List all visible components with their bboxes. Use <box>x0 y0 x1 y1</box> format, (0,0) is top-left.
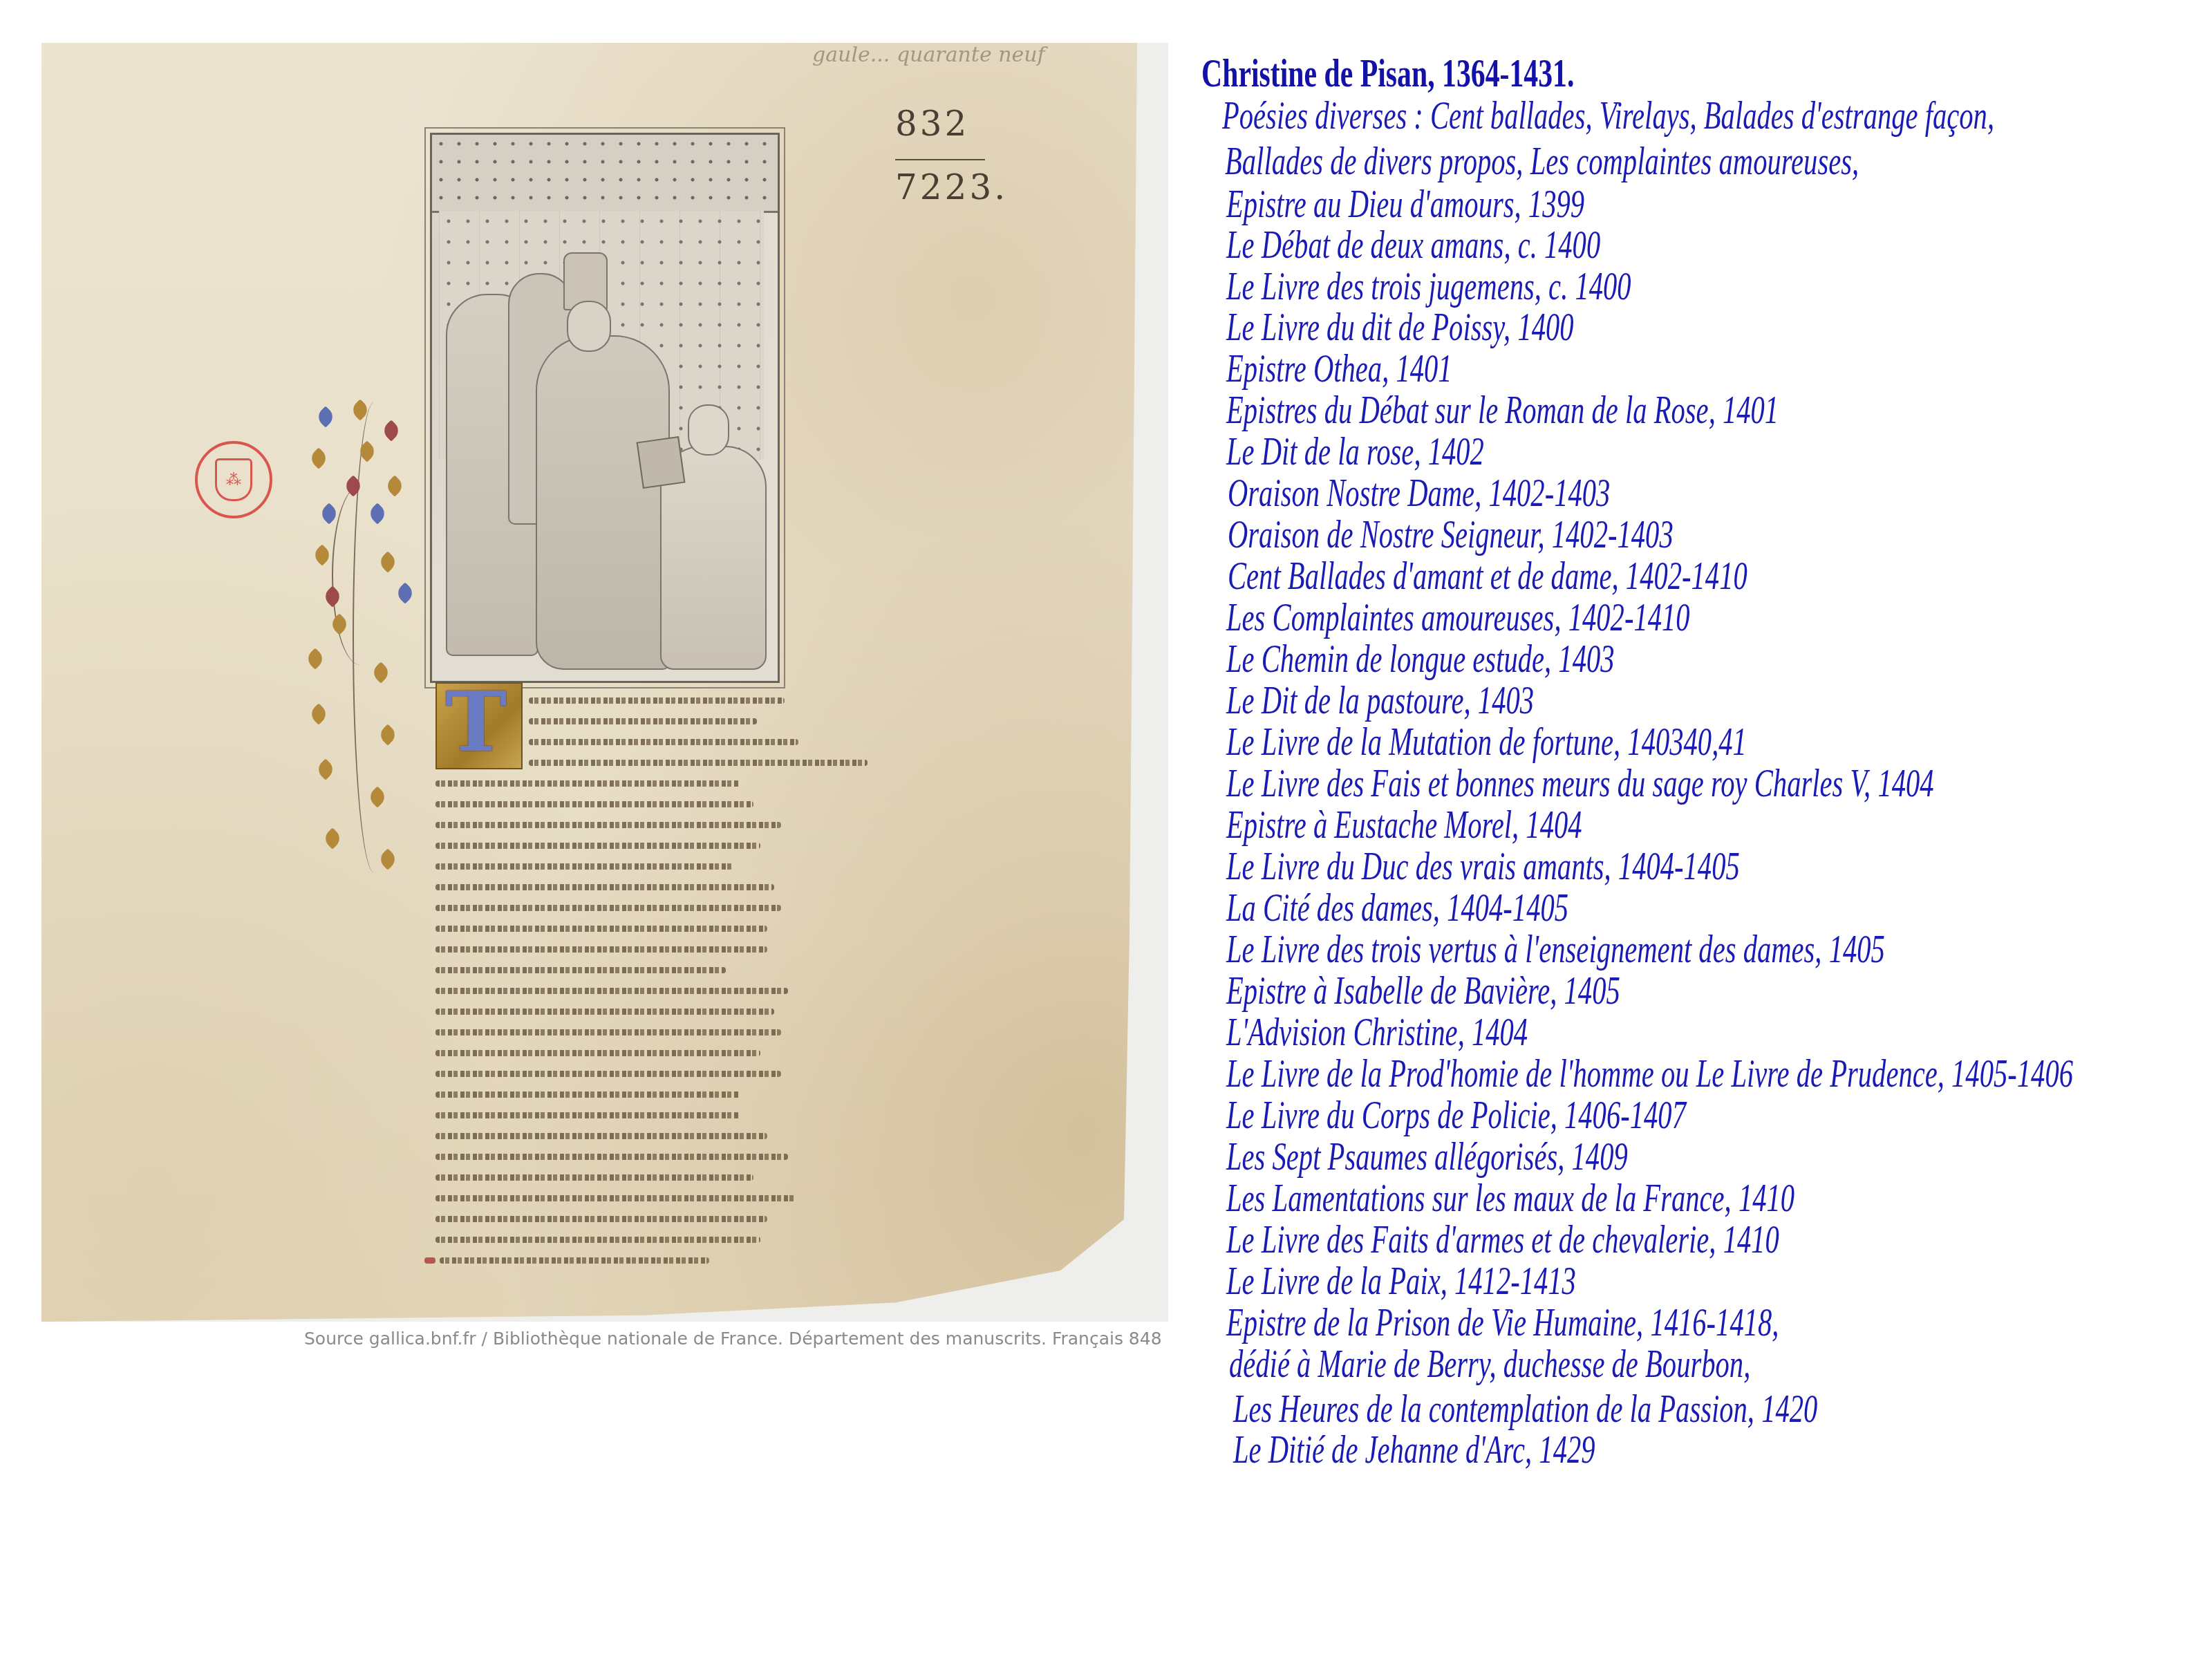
work-item: Le Livre du Duc des vrais amants, 1404-1… <box>1226 845 1740 887</box>
work-item: Les Sept Psaumes allégorisés, 1409 <box>1226 1136 1628 1177</box>
seated-duke <box>536 335 670 670</box>
duke-head <box>567 301 611 352</box>
work-item: Le Livre des Faits d'armes et de chevale… <box>1226 1219 1779 1260</box>
fleur-de-lis-canopy <box>432 135 778 213</box>
work-item: Le Livre des trois vertus à l'enseigneme… <box>1226 928 1885 970</box>
shelfmark-rule <box>895 159 985 160</box>
shelfmark-number-bottom: 7223. <box>895 167 1008 207</box>
book-icon <box>637 436 686 489</box>
image-source-caption: Source gallica.bnf.fr / Bibliothèque nat… <box>304 1329 1168 1349</box>
work-item: Le Livre des Fais et bonnes meurs du sag… <box>1226 762 1934 804</box>
floral-vine-border <box>304 402 435 879</box>
shelfmark-number-top: 832 <box>895 104 969 144</box>
miniature-illustration <box>430 133 780 683</box>
works-list: Christine de Pisan, 1364-1431. Poésies d… <box>1201 53 2204 94</box>
work-item: L'Advision Christine, 1404 <box>1226 1011 1528 1053</box>
work-item: Le Livre du Corps de Policie, 1406-1407 <box>1226 1094 1686 1136</box>
work-item: Epistres du Débat sur le Roman de la Ros… <box>1226 389 1779 431</box>
margin-note: gaule... quarante neuf <box>812 43 1045 67</box>
work-item: Cent Ballades d'amant et de dame, 1402-1… <box>1228 555 1747 597</box>
manuscript-image: gaule... quarante neuf 832 7223. ⁂ <box>41 43 1168 1322</box>
author-heading: Christine de Pisan, 1364-1431. <box>1201 53 1923 94</box>
work-item: dédié à Marie de Berry, duchesse de Bour… <box>1229 1343 1750 1385</box>
work-item: Le Chemin de longue estude, 1403 <box>1226 638 1615 679</box>
work-item: La Cité des dames, 1404-1405 <box>1226 887 1568 928</box>
work-item: Le Dit de la pastoure, 1403 <box>1226 679 1534 721</box>
work-item: Le Dit de la rose, 1402 <box>1226 431 1484 472</box>
library-stamp-icon: ⁂ <box>195 441 272 518</box>
work-item: Les Heures de la contemplation de la Pas… <box>1233 1388 1817 1430</box>
work-item: Epistre de la Prison de Vie Humaine, 141… <box>1226 1302 1779 1343</box>
work-item: Poésies diverses : Cent ballades, Virela… <box>1222 95 1994 136</box>
work-item: Le Livre de la Paix, 1412-1413 <box>1226 1260 1576 1302</box>
stamp-shield-icon: ⁂ <box>215 458 252 501</box>
parchment-page: gaule... quarante neuf 832 7223. ⁂ <box>41 43 1137 1322</box>
work-item: Ballades de divers propos, Les complaint… <box>1225 140 1859 182</box>
christine-head <box>688 404 729 456</box>
work-item: Les Complaintes amoureuses, 1402-1410 <box>1226 597 1690 638</box>
work-item: Le Ditié de Jehanne d'Arc, 1429 <box>1233 1429 1595 1470</box>
work-item: Le Livre des trois jugemens, c. 1400 <box>1226 265 1631 307</box>
work-item: Le Livre de la Prod'homie de l'homme ou … <box>1226 1053 2073 1094</box>
work-item: Oraison de Nostre Seigneur, 1402-1403 <box>1228 514 1674 555</box>
work-item: Epistre à Isabelle de Bavière, 1405 <box>1226 970 1620 1011</box>
manuscript-text-block <box>435 689 878 1270</box>
work-item: Le Débat de deux amans, c. 1400 <box>1226 224 1600 265</box>
work-item: Epistre Othea, 1401 <box>1226 348 1452 389</box>
work-item: Le Livre de la Mutation de fortune, 1403… <box>1226 721 1747 762</box>
work-item: Le Livre du dit de Poissy, 1400 <box>1226 306 1574 348</box>
work-item: Oraison Nostre Dame, 1402-1403 <box>1228 472 1610 514</box>
work-item: Les Lamentations sur les maux de la Fran… <box>1226 1177 1794 1219</box>
work-item: Epistre au Dieu d'amours, 1399 <box>1226 183 1584 225</box>
work-item: Epistre à Eustache Morel, 1404 <box>1226 804 1582 845</box>
